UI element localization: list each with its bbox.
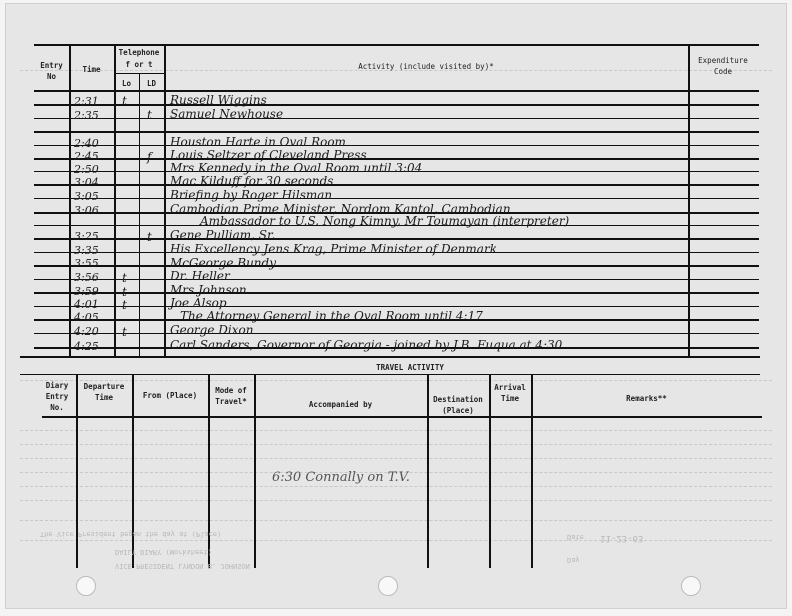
travel-note: 6:30 Connally on T.V.	[272, 470, 410, 485]
row-lo: t	[122, 271, 127, 285]
row-activity: McGeorge Bundy	[170, 256, 276, 270]
punch-hole-center	[378, 576, 398, 596]
travel-title: TRAVEL ACTIVITY	[340, 362, 480, 373]
row-time: 3:59	[74, 285, 99, 299]
header-remarks: Remarks**	[533, 393, 760, 404]
row-activity: Dr. Heller	[170, 269, 230, 283]
row-time: 2:40	[74, 137, 99, 151]
row-time: 4:05	[74, 311, 99, 325]
row-time: 3:05	[74, 190, 99, 204]
bleed-line-1: DAILY DIARY (Worksheet)	[115, 548, 212, 556]
row-activity: Mrs Kennedy in the Oval Room until 3:04	[170, 161, 422, 175]
row-activity: Joe Alsop	[170, 296, 227, 310]
row-activity: Ambassador to U.S. Nong Kimny, Mr Toumay…	[200, 214, 569, 228]
punch-hole-right	[681, 576, 701, 596]
row-divider	[34, 306, 759, 307]
row-time: 3:04	[74, 176, 99, 190]
row-activity: Carl Sanders, Governor of Georgia - join…	[170, 338, 562, 352]
header-expenditure-code: Expenditure Code	[690, 55, 756, 77]
row-divider	[34, 184, 759, 186]
row-divider	[34, 198, 759, 199]
bleed-date-value: 11-23-63	[600, 533, 643, 543]
row-lo: t	[122, 298, 127, 312]
row-ld: t	[147, 230, 152, 244]
row-divider	[34, 145, 759, 146]
row-ld: f	[147, 150, 151, 164]
header-mode-of-travel: Mode of Travel*	[210, 385, 252, 407]
row-divider	[34, 238, 759, 240]
row-time: 3:55	[74, 257, 99, 271]
header-ld: LD	[139, 78, 164, 89]
punch-hole-left	[76, 576, 96, 596]
row-lo: t	[122, 94, 127, 108]
row-time: 4:25	[74, 340, 99, 354]
header-telephone-sub: f or t	[114, 59, 164, 70]
row-time: 2:45	[74, 150, 99, 164]
header-arrival-time: Arrival Time	[491, 382, 529, 404]
bleed-line-2: VICE PRESIDENT LYNDON B. JOHNSON	[115, 562, 250, 570]
row-time: 2:35	[74, 109, 99, 123]
header-diary-entry-no: Diary Entry No.	[40, 380, 74, 413]
row-activity: His Excellency Jens Krag, Prime Minister…	[170, 242, 497, 256]
row-lo: t	[122, 285, 127, 299]
row-time: 3:25	[74, 230, 99, 244]
row-activity: Louis Seltzer of Cleveland Press	[170, 148, 367, 162]
header-entry-no: Entry No	[34, 60, 69, 82]
row-activity: Mrs Johnson	[170, 283, 247, 297]
row-ld: t	[147, 108, 152, 122]
row-activity: Russell Wiggins	[170, 93, 267, 107]
header-from-place: From (Place)	[134, 390, 206, 401]
bleed-date-label: Date	[567, 533, 584, 541]
header-lo: Lo	[114, 78, 139, 89]
header-activity: Activity (include visited by)*	[164, 61, 688, 72]
row-divider	[34, 279, 759, 280]
row-divider	[34, 292, 759, 294]
row-divider	[34, 333, 759, 334]
row-activity: George Dixon	[170, 323, 253, 337]
header-time: Time	[69, 64, 114, 75]
row-divider	[34, 131, 759, 133]
row-lo: t	[122, 325, 127, 339]
row-divider	[34, 104, 759, 106]
row-time: 4:20	[74, 325, 99, 339]
row-activity: Mac Kilduff for 30 seconds	[170, 174, 333, 188]
row-time: 3:06	[74, 204, 99, 218]
row-divider	[34, 118, 759, 119]
row-activity: Gene Pulliam, Sr.	[170, 228, 275, 242]
header-departure-time: Departure Time	[78, 381, 130, 403]
bleed-day-label: Day	[567, 556, 580, 564]
row-time: 2:31	[74, 95, 99, 109]
row-time: 4:01	[74, 298, 99, 312]
row-time: 2:50	[74, 163, 99, 177]
row-time: 3:35	[74, 244, 99, 258]
row-time: 3:56	[74, 271, 99, 285]
row-divider	[34, 158, 759, 160]
header-telephone: Telephone	[114, 47, 164, 58]
row-activity: Houston Harte in Oval Room	[170, 135, 346, 149]
header-accompanied-by: Accompanied by	[256, 399, 425, 410]
row-divider	[34, 265, 759, 267]
row-activity: Samuel Newhouse	[170, 107, 283, 121]
row-activity: Briefing by Roger Hilsman	[170, 188, 332, 202]
row-activity: The Attorney General in the Oval Room un…	[180, 309, 483, 323]
bleed-line-3: The Vice President began the day at (Pla…	[40, 530, 221, 538]
header-destination: Destination (Place)	[429, 394, 487, 416]
